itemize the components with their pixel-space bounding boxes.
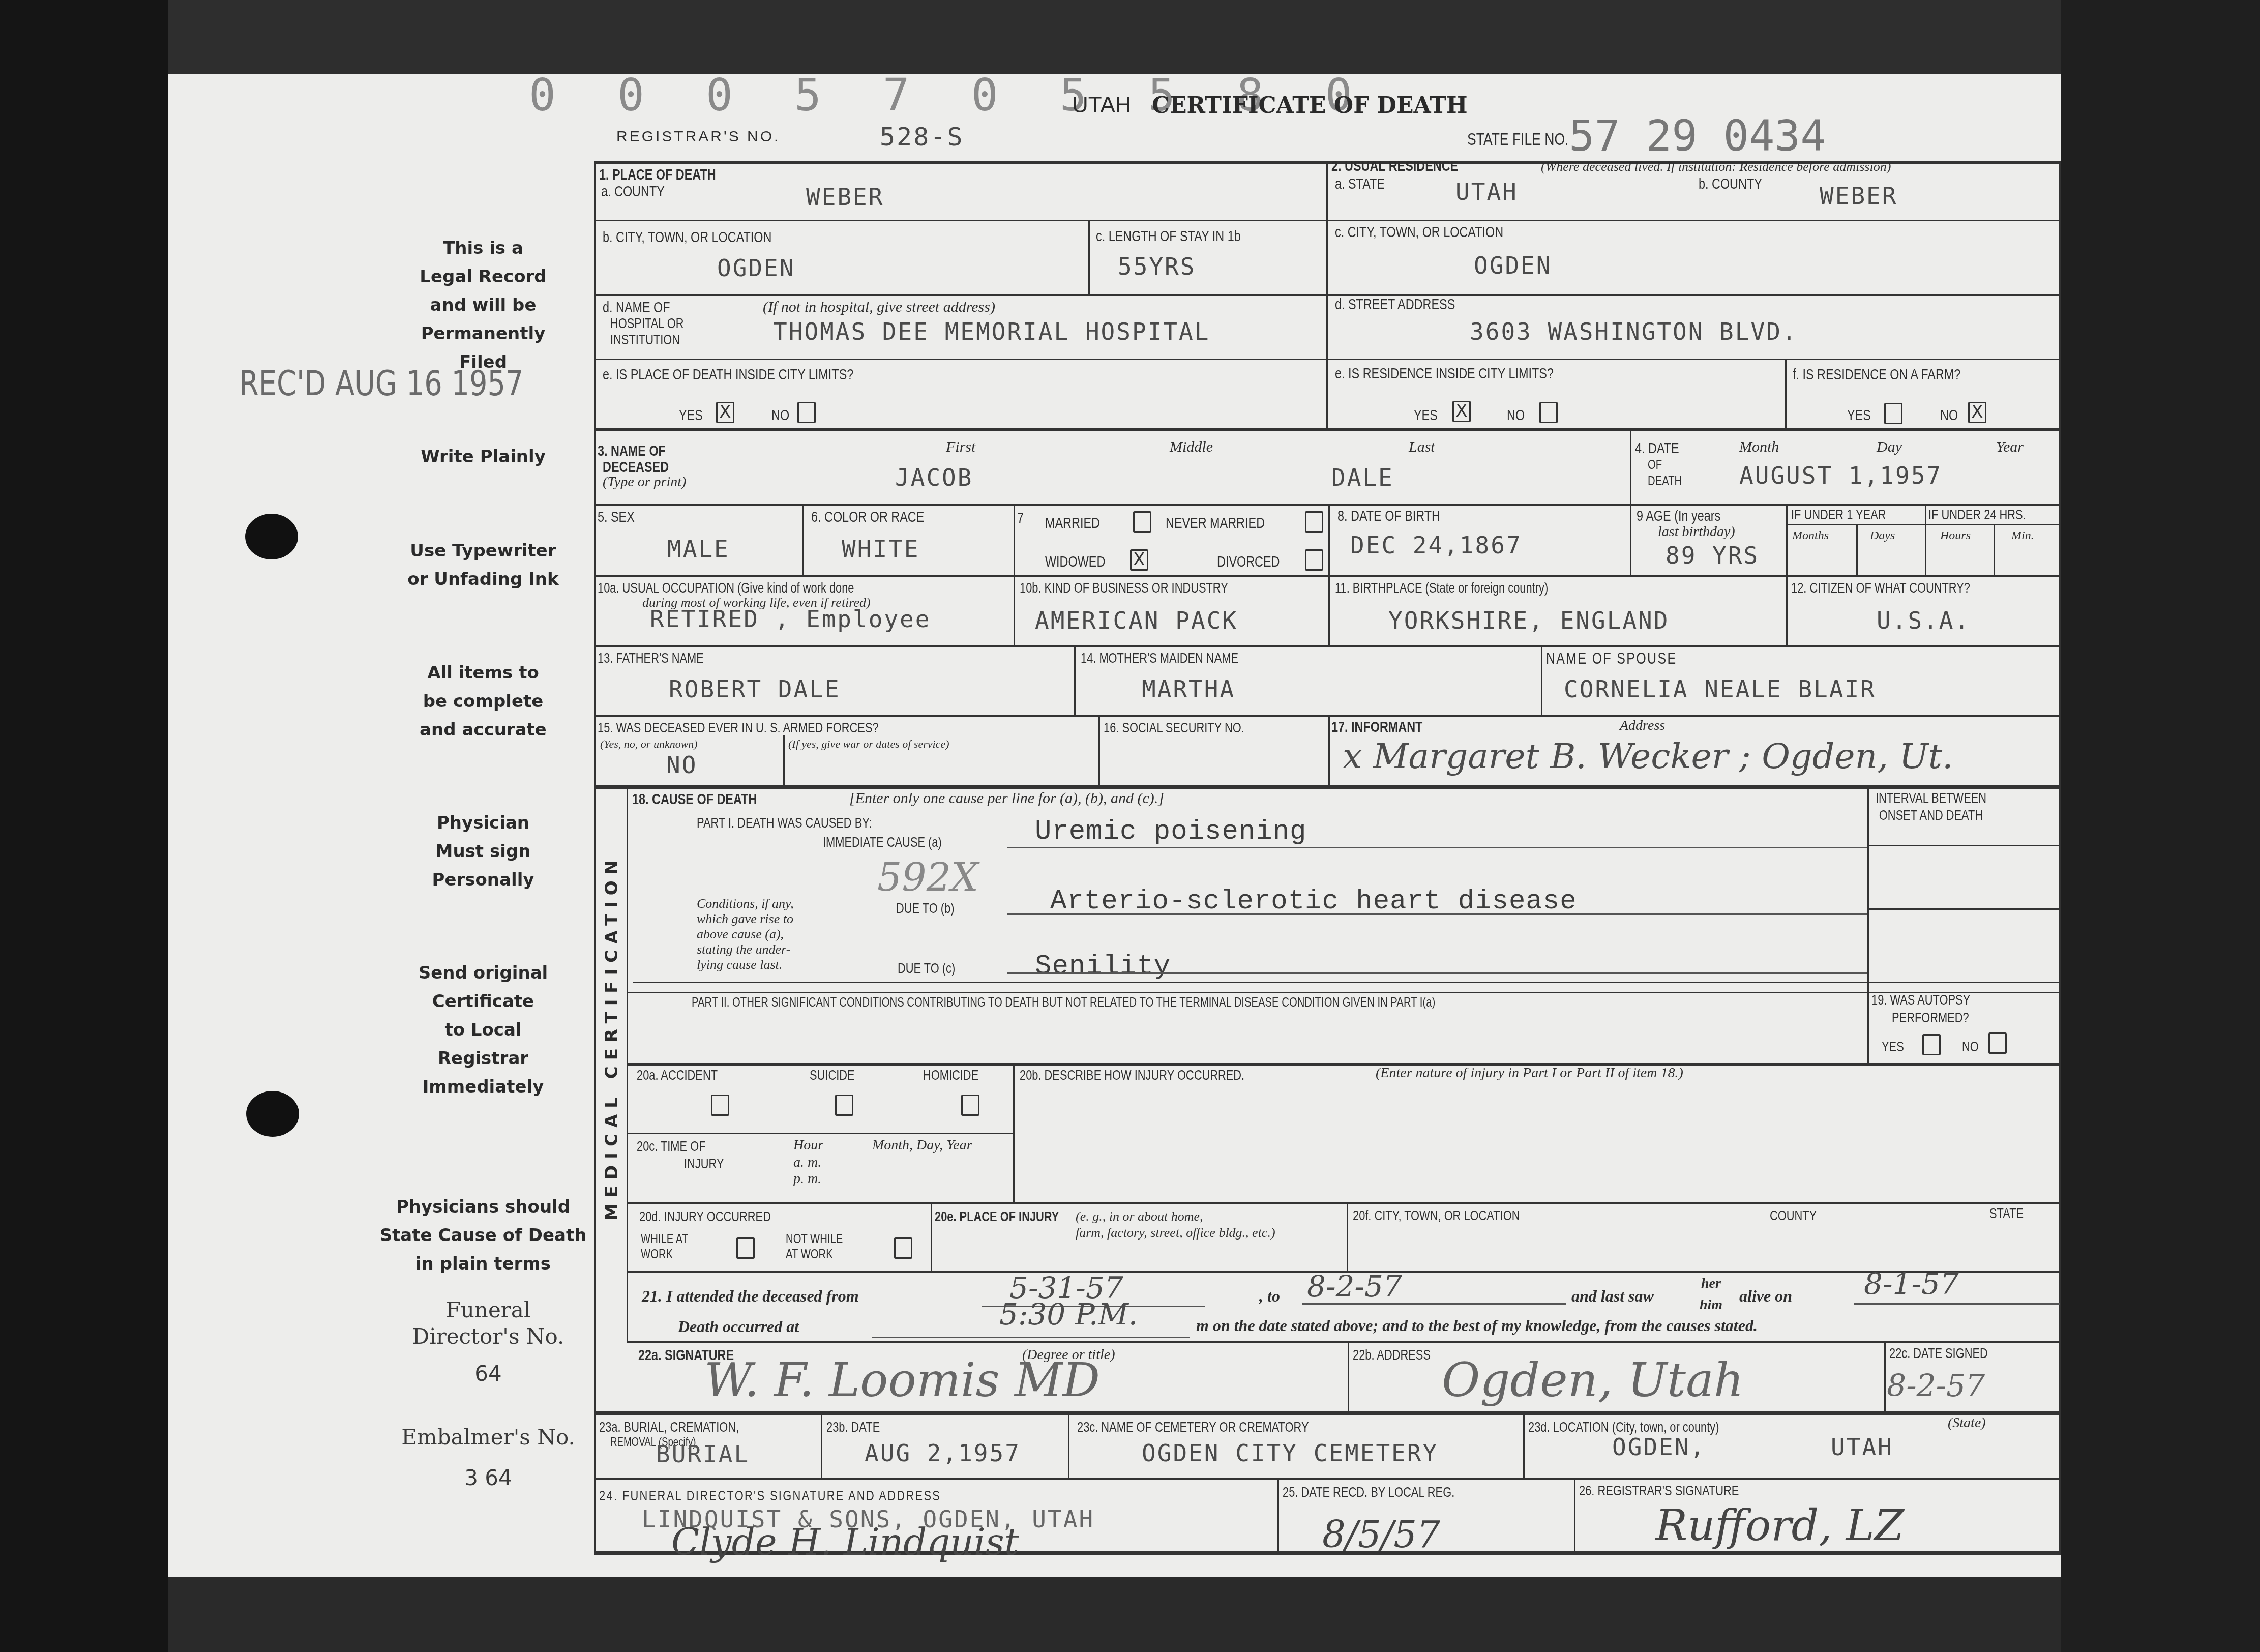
farm-no-label: NO: [1940, 407, 1958, 424]
divider: [1786, 524, 2061, 525]
divider: [1347, 1202, 1348, 1272]
minutes-label: Min.: [2011, 529, 2034, 543]
date-signed-value: 8-2-57: [1887, 1368, 1985, 1404]
margin-note-legal-record: This is a Legal Record and will be Perma…: [356, 234, 610, 376]
residence-no-label: NO: [1507, 407, 1525, 424]
pod-inside-city-label: e. IS PLACE OF DEATH INSIDE CITY LIMITS?: [603, 366, 853, 383]
divider: [1854, 1303, 2060, 1305]
industry-value: AMERICAN PACK: [1035, 607, 1238, 634]
margin-note-complete: All items to be complete and accurate: [356, 659, 610, 744]
armed-forces-label: 15. WAS DECEASED EVER IN U. S. ARMED FOR…: [598, 720, 879, 736]
residence-yes-label: YES: [1414, 407, 1438, 424]
place-of-injury-hint: (e. g., in or about home, farm, factory,…: [1076, 1208, 1275, 1241]
residence-county-label: b. COUNTY: [1699, 175, 1762, 193]
residence-state-value: UTAH: [1455, 178, 1518, 205]
margin-note-plain-terms: Physicians should State Cause of Death i…: [356, 1193, 610, 1278]
divider: [594, 785, 2061, 789]
deceased-name-label-3: (Type or print): [603, 474, 686, 490]
autopsy-no-checkbox[interactable]: [1988, 1032, 2007, 1054]
pod-inside-city-no-checkbox[interactable]: [797, 402, 816, 423]
under-24-hrs-label: IF UNDER 24 HRS.: [1928, 507, 2026, 523]
farm-yes-label: YES: [1847, 407, 1871, 424]
autopsy-yes-label: YES: [1882, 1039, 1904, 1055]
divider: [594, 504, 2061, 506]
to-label: , to: [1259, 1287, 1280, 1306]
state-file-no-label: STATE FILE NO.: [1467, 130, 1568, 150]
spouse-name-label: NAME OF SPOUSE: [1546, 649, 1677, 668]
date-of-birth-label: 8. DATE OF BIRTH: [1337, 508, 1440, 525]
usual-residence-hint: (Where deceased lived. If institution: R…: [1541, 159, 1891, 174]
married-checkbox[interactable]: [1133, 511, 1151, 533]
pod-yes-label: YES: [679, 407, 703, 424]
divider: [594, 715, 2061, 717]
autopsy-label-2: PERFORMED?: [1892, 1010, 1969, 1026]
injury-state-label: STATE: [1989, 1205, 2024, 1222]
industry-label: 10b. KIND OF BUSINESS OR INDUSTRY: [1020, 580, 1228, 596]
under-1-year-label: IF UNDER 1 YEAR: [1791, 507, 1886, 523]
him-label: him: [1700, 1297, 1722, 1313]
physician-address-label: 22b. ADDRESS: [1353, 1347, 1431, 1363]
burial-date-label: 23b. DATE: [826, 1419, 880, 1435]
widowed-checkbox[interactable]: X: [1130, 549, 1148, 571]
divider: [1013, 1063, 1015, 1202]
not-while-at-work-checkbox[interactable]: [894, 1237, 912, 1259]
divider: [627, 1133, 1013, 1134]
divider: [821, 1415, 822, 1479]
her-label: her: [1701, 1276, 1721, 1292]
date-of-birth-value: DEC 24,1867: [1350, 532, 1522, 559]
physician-address-value: Ogden, Utah: [1442, 1353, 1744, 1407]
date-of-death-label-2: OF: [1648, 457, 1662, 473]
farm-label: f. IS RESIDENCE ON A FARM?: [1793, 366, 1960, 383]
pod-county-label: a. COUNTY: [601, 183, 665, 200]
embalmer-no-label: Embalmer's No.: [356, 1424, 620, 1451]
homicide-label: HOMICIDE: [923, 1067, 978, 1083]
immediate-cause-value: Uremic poisening: [1035, 816, 1306, 847]
divider: [594, 1411, 2061, 1415]
length-of-stay-value: 55YRS: [1118, 253, 1196, 280]
social-security-label: 16. SOCIAL SECURITY NO.: [1104, 720, 1244, 736]
divider: [1856, 524, 1858, 575]
divider: [1088, 220, 1090, 294]
age-label-2: last birthday): [1658, 524, 1735, 540]
margin-note-write-plainly: Write Plainly: [356, 442, 610, 471]
part1-label: PART I. DEATH WAS CAUSED BY:: [697, 815, 872, 831]
divider: [594, 220, 2061, 221]
hospital-label-2: HOSPITAL OR: [610, 315, 683, 332]
street-address-value: 3603 WASHINGTON BLVD.: [1470, 318, 1798, 345]
injury-occurred-label: 20d. INJURY OCCURRED: [639, 1208, 771, 1225]
divorced-label: DIVORCED: [1217, 553, 1280, 571]
divider: [1068, 1415, 1069, 1479]
immediate-cause-label: IMMEDIATE CAUSE (a): [823, 834, 942, 850]
due-to-c-label: DUE TO (c): [898, 960, 955, 977]
cemetery-value: OGDEN CITY CEMETERY: [1142, 1439, 1438, 1467]
injury-city-label: 20f. CITY, TOWN, OR LOCATION: [1353, 1207, 1520, 1224]
divider: [1328, 715, 1330, 786]
first-name-value: JACOB: [895, 464, 973, 491]
alive-on-label: alive on: [1739, 1287, 1792, 1306]
pod-city-value: OGDEN: [717, 254, 795, 282]
divider: [783, 735, 785, 786]
last-saw-label: and last saw: [1571, 1287, 1654, 1306]
burial-location-city: OGDEN,: [1612, 1433, 1706, 1461]
divider: [1630, 504, 1631, 575]
armed-forces-value: NO: [666, 751, 697, 779]
month-label: Month: [1739, 438, 1779, 456]
divider: [1630, 428, 1631, 505]
pm-label: p. m.: [793, 1171, 821, 1187]
divider: [1785, 359, 1787, 430]
mother-maiden-name-value: MARTHA: [1142, 675, 1235, 703]
registrars-no-label: REGISTRAR'S NO.: [616, 128, 780, 145]
informant-label: 17. INFORMANT: [1331, 719, 1422, 736]
pod-city-label: b. CITY, TOWN, OR LOCATION: [603, 229, 771, 246]
conditions-hint: Conditions, if any, which gave rise to a…: [697, 896, 794, 972]
date-received-label: 25. DATE RECD. BY LOCAL REG.: [1283, 1484, 1454, 1500]
pod-no-label: NO: [771, 407, 789, 424]
divider: [1007, 847, 1867, 848]
death-occurred-suffix: m on the date stated above; and to the b…: [1196, 1316, 1758, 1335]
pod-county-value: WEBER: [806, 183, 884, 211]
never-married-label: NEVER MARRIED: [1166, 515, 1265, 532]
hospital-value: THOMAS DEE MEMORIAL HOSPITAL: [773, 318, 1210, 345]
place-of-injury-label: 20e. PLACE OF INJURY: [935, 1208, 1059, 1225]
citizenship-label: 12. CITIZEN OF WHAT COUNTRY?: [1791, 580, 1970, 596]
divider: [633, 982, 2061, 983]
armed-forces-hint-2: (If yes, give war or dates of service): [788, 737, 949, 751]
divider: [931, 1202, 932, 1272]
while-at-work-label: WHILE AT WORK: [641, 1231, 688, 1261]
not-while-at-work-label: NOT WHILE AT WORK: [786, 1231, 843, 1261]
cause-of-death-hint: [Enter only one cause per line for (a), …: [849, 790, 1164, 807]
scan-background-left: [0, 0, 168, 1652]
embalmer-no: 3 64: [356, 1465, 620, 1491]
funeral-director-signature: Clyde H. Lindquist: [671, 1521, 1019, 1563]
divider: [1277, 1478, 1279, 1551]
margin-note-typewriter: Use Typewriter or Unfading Ink: [356, 537, 610, 594]
autopsy-no-label: NO: [1962, 1039, 1979, 1055]
occupation-label: 10a. USUAL OCCUPATION (Give kind of work…: [598, 580, 854, 596]
last-seen-value: 8-1-57: [1864, 1266, 1959, 1301]
father-name-value: ROBERT DALE: [669, 675, 841, 703]
street-address-label: d. STREET ADDRESS: [1335, 296, 1455, 313]
punch-hole-bottom: [246, 1091, 299, 1137]
funeral-director-no: 64: [356, 1361, 620, 1387]
marital-status-number: 7: [1017, 510, 1024, 527]
burial-state-label: (State): [1948, 1415, 1986, 1431]
form-right-border: [2059, 161, 2061, 1554]
first-name-label: First: [946, 438, 975, 456]
accident-checkbox[interactable]: [711, 1095, 729, 1116]
citizenship-value: U.S.A.: [1877, 607, 1970, 634]
injury-description-hint: (Enter nature of injury in Part I or Par…: [1376, 1065, 1683, 1081]
divider: [594, 428, 2061, 431]
divider: [627, 788, 628, 1343]
date-of-death-value: AUGUST 1,1957: [1739, 462, 1942, 489]
age-label-1: 9 AGE (In years: [1637, 508, 1720, 525]
injury-county-label: COUNTY: [1770, 1207, 1817, 1224]
pod-inside-city-yes-checkbox[interactable]: X: [716, 402, 734, 423]
hour-label: Hour: [793, 1137, 823, 1154]
divider: [627, 1063, 2061, 1066]
divider: [1326, 161, 1328, 430]
burial-label-1: 23a. BURIAL, CREMATION,: [599, 1419, 739, 1435]
deceased-name-label: 3. NAME OF: [598, 442, 666, 460]
burial-value: BURIAL: [656, 1440, 750, 1468]
divider: [1867, 845, 2061, 846]
autopsy-label-1: 19. WAS AUTOPSY: [1871, 992, 1970, 1008]
registrar-signature: Rufford, LZ: [1655, 1500, 1904, 1550]
scan-background-right: [2061, 0, 2260, 1652]
due-to-c-value: Senility: [1035, 951, 1171, 982]
armed-forces-hint-1: (Yes, no, or unknown): [600, 737, 698, 751]
widowed-label: WIDOWED: [1045, 553, 1105, 571]
divider: [627, 1341, 2061, 1343]
hospital-hint: (If not in hospital, give street address…: [763, 299, 995, 316]
burial-location-state: UTAH: [1831, 1433, 1893, 1461]
race-value: WHITE: [842, 535, 919, 563]
suicide-checkbox[interactable]: [835, 1095, 853, 1116]
date-received-value: 8/5/57: [1322, 1513, 1440, 1556]
death-time-value: 5:30 P.M.: [999, 1297, 1138, 1332]
divider: [1574, 1478, 1575, 1551]
certificate-title: CERTIFICATE OF DEATH: [1152, 93, 1467, 119]
residence-inside-city-label: e. IS RESIDENCE INSIDE CITY LIMITS?: [1335, 365, 1554, 382]
margin-note-physician-sign: Physician Must sign Personally: [356, 809, 610, 894]
autopsy-yes-checkbox[interactable]: [1922, 1034, 1941, 1055]
while-at-work-checkbox[interactable]: [736, 1237, 755, 1259]
days-label: Days: [1870, 529, 1895, 543]
attended-label: 21. I attended the deceased from: [642, 1287, 859, 1306]
divider: [872, 1337, 1190, 1338]
burial-date-value: AUG 2,1957: [865, 1439, 1021, 1467]
sex-label: 5. SEX: [598, 509, 635, 526]
last-name-value: DALE: [1331, 464, 1394, 491]
registrars-no: 528-S: [880, 122, 964, 152]
physician-signature: W. F. Loomis MD: [704, 1353, 1100, 1407]
birthplace-label: 11. BIRTHPLACE (State or foreign country…: [1335, 580, 1548, 596]
received-stamp: REC'D AUG 16 1957: [239, 364, 523, 404]
age-value: 89 YRS: [1666, 542, 1759, 569]
divider: [1302, 1303, 1566, 1305]
divider: [1867, 788, 1869, 1063]
occupation-value: RETIRED , Employee: [650, 605, 931, 633]
cause-of-death-heading: 18. CAUSE OF DEATH: [632, 791, 757, 808]
am-label: a. m.: [793, 1155, 821, 1171]
last-name-label: Last: [1409, 438, 1435, 456]
residence-state-label: a. STATE: [1335, 175, 1385, 193]
state-file-no: 57 29 0434: [1569, 111, 1826, 161]
farm-yes-checkbox[interactable]: [1884, 403, 1902, 424]
homicide-checkbox[interactable]: [961, 1095, 979, 1116]
divider: [594, 359, 2061, 360]
divider: [1541, 645, 1542, 715]
due-to-b-value: Arterio-sclerotic heart disease: [1050, 886, 1577, 917]
date-signed-label: 22c. DATE SIGNED: [1889, 1345, 1988, 1362]
residence-inside-city-yes-checkbox[interactable]: X: [1452, 401, 1471, 422]
time-of-injury-label-1: 20c. TIME OF: [637, 1138, 706, 1155]
deceased-name-label-2: DECEASED: [603, 459, 669, 476]
scan-background-bottom: [168, 1577, 2061, 1652]
attended-to-value: 8-2-57: [1307, 1269, 1402, 1304]
hospital-label-3: INSTITUTION: [610, 332, 680, 348]
interval-label: INTERVAL BETWEEN ONSET AND DEATH: [1876, 789, 1986, 824]
injury-description-label: 20b. DESCRIBE HOW INJURY OCCURRED.: [1020, 1067, 1244, 1083]
race-label: 6. COLOR OR RACE: [811, 509, 924, 526]
divider: [594, 645, 2061, 647]
middle-name-label: Middle: [1170, 438, 1213, 456]
due-to-b-label: DUE TO (b): [896, 900, 954, 917]
married-label: MARRIED: [1045, 515, 1100, 532]
month-day-year-label: Month, Day, Year: [872, 1137, 972, 1154]
place-of-death-heading: 1. PLACE OF DEATH: [599, 166, 716, 184]
accident-label: 20a. ACCIDENT: [637, 1067, 718, 1083]
divider: [594, 294, 2061, 296]
divider: [1925, 504, 1926, 575]
scan-background-top: [168, 0, 2062, 74]
cemetery-label: 23c. NAME OF CEMETERY OR CREMATORY: [1077, 1419, 1309, 1435]
informant-address-label: Address: [1620, 718, 1665, 734]
margin-note-send-original: Send original Certificate to Local Regis…: [356, 959, 610, 1101]
residence-city-label: c. CITY, TOWN, OR LOCATION: [1335, 224, 1503, 241]
registrar-signature-label: 26. REGISTRAR'S SIGNATURE: [1579, 1483, 1739, 1499]
divider: [627, 1202, 2061, 1204]
informant-signature: x Margaret B. Wecker ; Ogden, Ut.: [1343, 736, 1953, 777]
divider: [594, 575, 2061, 577]
title-state: UTAH: [1072, 93, 1132, 118]
residence-county-value: WEBER: [1820, 182, 1897, 210]
day-label: Day: [1877, 438, 1902, 456]
divider: [1098, 715, 1100, 786]
never-married-checkbox[interactable]: [1305, 511, 1323, 533]
funeral-director-label: 24. FUNERAL DIRECTOR'S SIGNATURE AND ADD…: [599, 1488, 941, 1504]
divider: [627, 992, 2061, 993]
residence-city-value: OGDEN: [1474, 252, 1552, 279]
spouse-name-value: CORNELIA NEALE BLAIR: [1564, 675, 1876, 703]
year-label: Year: [1996, 438, 2024, 456]
hours-label: Hours: [1940, 529, 1971, 543]
divider: [1007, 913, 1867, 915]
birthplace-value: YORKSHIRE, ENGLAND: [1388, 607, 1670, 634]
hospital-label-1: d. NAME OF: [603, 299, 670, 316]
divorced-checkbox[interactable]: [1305, 549, 1323, 571]
residence-inside-city-no-checkbox[interactable]: [1539, 402, 1558, 423]
months-label: Months: [1792, 529, 1829, 543]
divider: [802, 504, 804, 575]
funeral-director-no-label: Funeral Director's No.: [356, 1297, 620, 1350]
medical-certification-side-label: MEDICAL CERTIFICATION: [602, 854, 622, 1221]
divider: [1523, 1415, 1525, 1479]
date-of-death-label-1: 4. DATE: [1635, 440, 1679, 457]
length-of-stay-label: c. LENGTH OF STAY IN 1b: [1096, 228, 1241, 245]
time-of-injury-label-2: INJURY: [684, 1156, 724, 1172]
father-name-label: 13. FATHER'S NAME: [598, 650, 704, 666]
sex-value: MALE: [667, 535, 730, 563]
mother-maiden-name-label: 14. MOTHER'S MAIDEN NAME: [1081, 650, 1238, 666]
death-occurred-at-label: Death occurred at: [678, 1317, 799, 1336]
divider: [594, 1478, 2061, 1480]
part2-label: PART II. OTHER SIGNIFICANT CONDITIONS CO…: [692, 994, 1435, 1010]
usual-residence-heading: 2. USUAL RESIDENCE: [1331, 158, 1458, 175]
divider: [1884, 1341, 1886, 1412]
divider: [1007, 972, 1867, 974]
divider: [1994, 524, 1995, 575]
divider: [1867, 908, 2061, 910]
punch-hole-top: [245, 514, 298, 559]
divider: [1074, 645, 1076, 715]
cause-code-note: 592X: [877, 854, 978, 900]
form-left-border: [594, 161, 596, 1554]
suicide-label: SUICIDE: [810, 1067, 855, 1083]
farm-no-checkbox[interactable]: X: [1968, 402, 1986, 423]
divider: [1348, 1341, 1349, 1412]
date-of-death-label-3: DEATH: [1648, 473, 1682, 489]
